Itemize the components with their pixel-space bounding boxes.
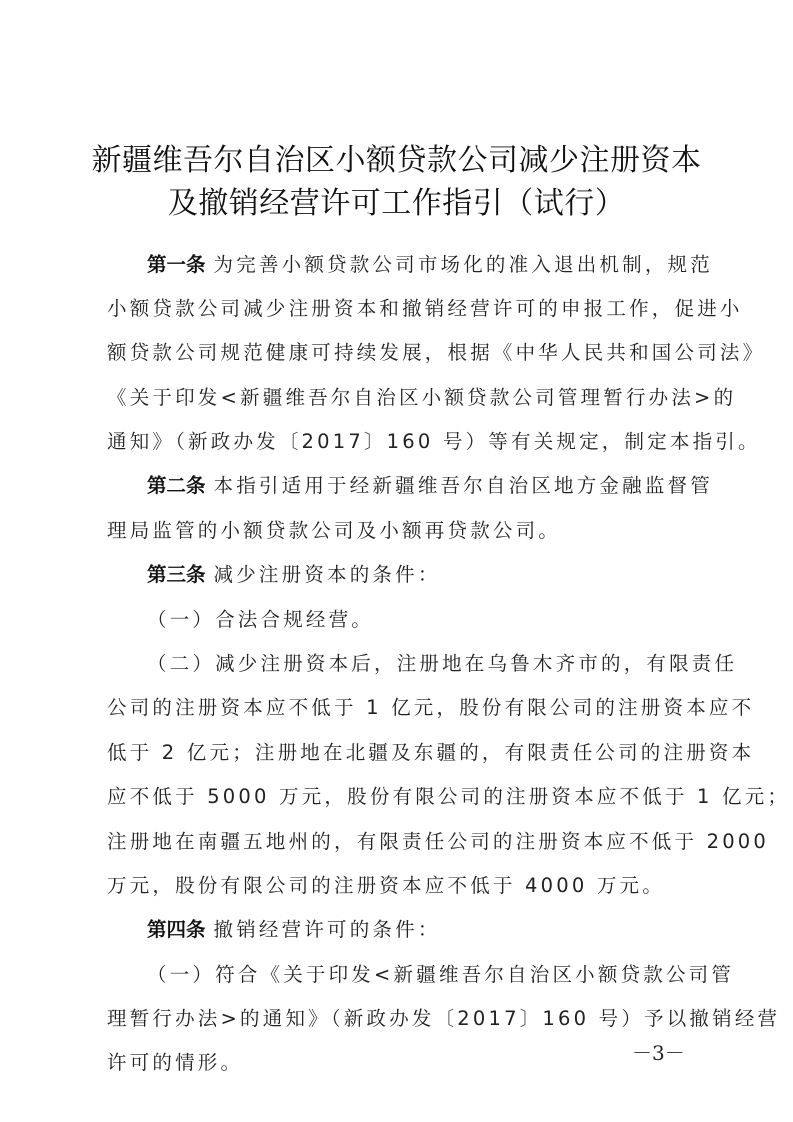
article-1-line-4: 《关于印发<新疆维吾尔自治区小额贷款公司管理暂行办法>的	[107, 384, 691, 411]
article-3-line-1: 第三条减少注册资本的条件：	[147, 561, 691, 588]
article-3-item-2-line-2: 公司的注册资本应不低于 1 亿元，股份有限公司的注册资本应不	[107, 694, 691, 721]
article-1-line-5: 通知》（新政办发〔2017〕160 号）等有关规定，制定本指引。	[107, 428, 691, 455]
article-3-item-2-line-4: 应不低于 5000 万元，股份有限公司的注册资本应不低于 1 亿元；	[107, 783, 691, 810]
article-4-item-1-line-2: 理暂行办法>的通知》（新政办发〔2017〕160 号）予以撤销经营	[107, 1005, 691, 1032]
article-3-heading: 第三条	[147, 563, 206, 586]
article-4-item-1-line-1: （一）符合《关于印发<新疆维吾尔自治区小额贷款公司管	[147, 961, 691, 988]
page-number: －3－	[632, 1037, 685, 1066]
article-3-item-2-line-6: 万元，股份有限公司的注册资本应不低于 4000 万元。	[107, 872, 691, 899]
article-1-line-2: 小额贷款公司减少注册资本和撤销经营许可的申报工作，促进小	[107, 295, 691, 322]
article-2-line-2: 理局监管的小额贷款公司及小额再贷款公司。	[107, 517, 691, 544]
article-1-line-1: 第一条为完善小额贷款公司市场化的准入退出机制，规范	[147, 251, 691, 278]
article-4-line-1: 第四条撤销经营许可的条件：	[147, 916, 691, 943]
article-3-item-2-line-5: 注册地在南疆五地州的，有限责任公司的注册资本应不低于 2000	[107, 828, 691, 855]
article-4-heading: 第四条	[147, 918, 206, 941]
article-4-item-1-line-3: 许可的情形。	[107, 1049, 691, 1076]
article-3-item-1: （一）合法合规经营。	[147, 606, 691, 633]
document-title-line-1: 新疆维吾尔自治区小额贷款公司减少注册资本	[0, 141, 793, 181]
article-1-heading: 第一条	[147, 253, 206, 276]
article-3-item-2-line-3: 低于 2 亿元；注册地在北疆及东疆的，有限责任公司的注册资本	[107, 739, 691, 766]
article-1-line-3: 额贷款公司规范健康可持续发展，根据《中华人民共和国公司法》	[107, 339, 691, 366]
article-3-item-2-line-1: （二）减少注册资本后，注册地在乌鲁木齐市的，有限责任	[147, 650, 691, 677]
article-2-heading: 第二条	[147, 474, 206, 497]
article-2-line-1: 第二条本指引适用于经新疆维吾尔自治区地方金融监督管	[147, 472, 691, 499]
document-title-line-2: 及撤销经营许可工作指引（试行）	[0, 184, 793, 224]
